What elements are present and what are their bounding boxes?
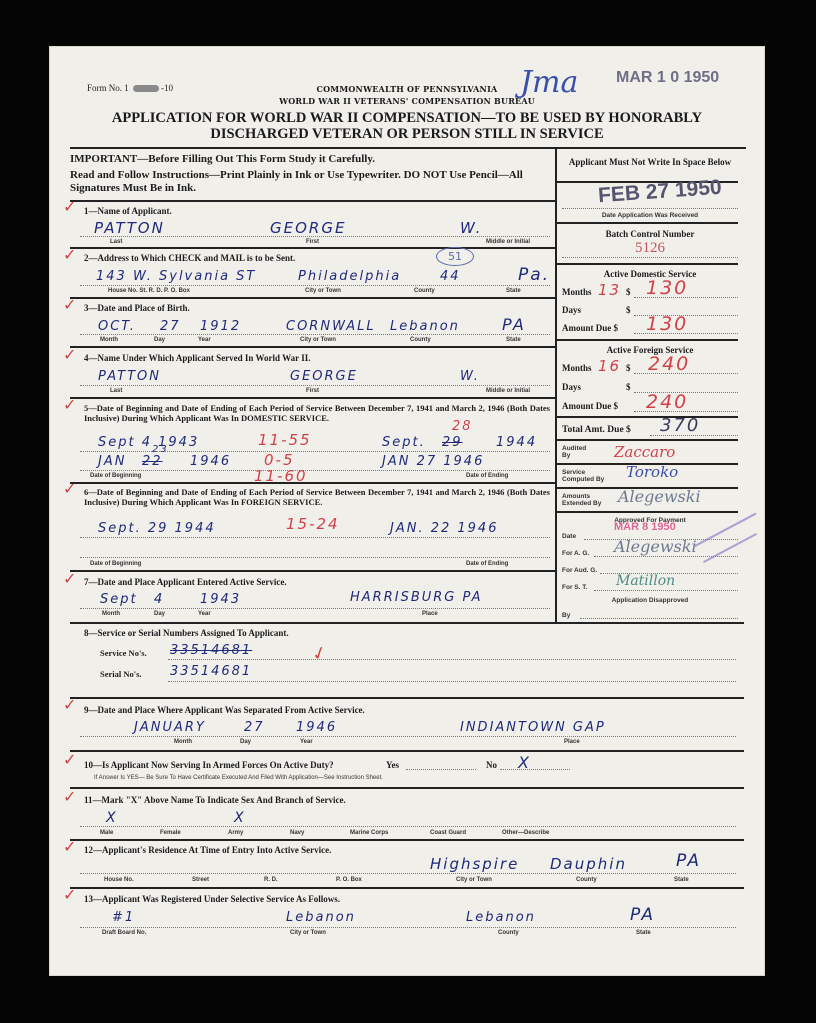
checkmark-icon: ✓ — [63, 345, 76, 364]
birth-day[interactable]: 27 — [160, 319, 181, 334]
rule — [70, 839, 744, 841]
caption: Date of Beginning — [90, 561, 141, 567]
section-7-label: 7—Date and Place Applicant Entered Activ… — [84, 577, 287, 587]
residence-state[interactable]: PA — [676, 851, 701, 871]
rule — [70, 697, 744, 699]
audited-by-label: Audited By — [562, 445, 596, 459]
bureau-heading: WORLD WAR II VETERANS' COMPENSATION BURE… — [50, 96, 764, 106]
service-number-label: Service No's. — [100, 648, 147, 658]
line — [634, 411, 738, 412]
extended-by-signature: Alegewski — [618, 487, 701, 506]
line — [562, 208, 738, 209]
section-13-label: 13—Applicant Was Registered Under Select… — [84, 894, 340, 904]
rule — [557, 439, 738, 441]
line — [80, 285, 550, 286]
rule — [557, 263, 738, 265]
foreign-end[interactable]: JAN. 22 1946 — [390, 521, 498, 536]
checkmark-icon: ✓ — [63, 245, 76, 264]
caption: Year — [300, 739, 313, 745]
checkmark-icon: ✓ — [309, 641, 332, 666]
draft-board-number[interactable]: #1 — [112, 910, 135, 925]
line — [80, 385, 550, 386]
instructions-important: IMPORTANT—Before Filling Out This Form S… — [70, 153, 550, 166]
line — [80, 451, 550, 452]
birth-city[interactable]: CORNWALL — [286, 319, 376, 334]
form-title-line2: DISCHARGED VETERAN OR PERSON STILL IN SE… — [50, 126, 764, 142]
computed-by-label: Service Computed By — [562, 469, 612, 483]
caption: Month — [100, 337, 118, 343]
received-date-label: Date Application Was Received — [560, 212, 740, 219]
approved-date-stamp: MAR 8 1950 — [614, 521, 676, 533]
header-rule — [70, 147, 746, 149]
rule — [70, 247, 555, 249]
domestic-months-amount: 130 — [646, 277, 688, 299]
application-form: Form No. 1 -10 COMMONWEALTH OF PENNSYLVA… — [50, 47, 764, 975]
rule — [557, 416, 738, 418]
line — [80, 826, 736, 827]
computed-by-signature: Toroko — [626, 463, 678, 481]
birth-month[interactable]: OCT. — [98, 319, 136, 334]
caption: Year — [198, 337, 211, 343]
initials-signature: Jma — [520, 65, 578, 100]
checkmark-icon: ✓ — [63, 787, 76, 806]
caption: Date of Ending — [466, 561, 508, 567]
received-stamp-top: MAR 1 0 1950 — [616, 69, 719, 87]
line — [562, 257, 738, 258]
caption: Last — [110, 388, 122, 394]
caption: City or Town — [456, 877, 492, 883]
domestic-end-month-1[interactable]: Sept. — [382, 435, 426, 450]
separated-place[interactable]: INDIANTOWN GAP — [460, 720, 606, 735]
caption: Place — [564, 739, 580, 745]
option-label: Male — [100, 830, 113, 836]
domestic-end-day-struck-1: 29 — [442, 435, 463, 450]
dollar-sign: $ — [626, 363, 631, 373]
foreign-days-label: Days — [562, 382, 581, 392]
yes-label: Yes — [386, 760, 399, 770]
caption: Month — [174, 739, 192, 745]
caption: Last — [110, 239, 122, 245]
caption: City or Town — [290, 930, 326, 936]
foreign-months-amount: 240 — [648, 353, 690, 375]
domestic-end-year-1[interactable]: 1944 — [496, 435, 537, 450]
rule — [70, 397, 555, 399]
section-1-label: 1—Name of Applicant. — [84, 206, 172, 216]
line — [634, 297, 738, 298]
separated-day[interactable]: 27 — [244, 720, 265, 735]
separated-year[interactable]: 1946 — [296, 720, 337, 735]
option-label: Female — [160, 830, 181, 836]
line — [80, 557, 550, 558]
instructions-ink: Read and Follow Instructions—Print Plain… — [70, 169, 550, 195]
checkmark-icon: ✓ — [63, 569, 76, 588]
extended-by-label: Amounts Extended By — [562, 493, 610, 507]
line — [634, 373, 738, 374]
caption: Year — [198, 611, 211, 617]
section-4-label: 4—Name Under Which Applicant Served In W… — [84, 353, 310, 363]
served-middle-initial[interactable]: W. — [460, 369, 480, 384]
domestic-days-label: Days — [562, 305, 581, 315]
section-10-note: If Answer Is YES— Be Sure To Have Certif… — [94, 775, 383, 781]
rule — [70, 482, 555, 484]
mailing-state[interactable]: Pa. — [518, 265, 550, 285]
caption: State — [636, 930, 651, 936]
dollar-sign: $ — [626, 287, 631, 297]
mailing-city[interactable]: Philadelphia — [298, 269, 401, 284]
aud-g-label: For Aud. G. — [562, 567, 597, 574]
service-number-struck: 33514681 — [170, 643, 252, 658]
rule — [557, 222, 738, 224]
batch-control-label: Batch Control Number — [560, 229, 740, 239]
caption: R. D. — [264, 877, 278, 883]
domestic-end-2[interactable]: JAN 27 1946 — [382, 454, 484, 469]
checkmark-icon: ✓ — [63, 395, 76, 414]
yes-answer-line[interactable] — [406, 769, 476, 770]
rule — [70, 346, 555, 348]
rule — [557, 511, 738, 513]
caption: P. O. Box — [336, 877, 362, 883]
option-mark[interactable]: X — [106, 810, 118, 826]
caption: County — [498, 930, 519, 936]
ag-label: For A. G. — [562, 550, 589, 557]
disapproved-by-label: By — [562, 612, 570, 619]
serial-number-label: Serial No's. — [100, 669, 142, 679]
line — [580, 618, 738, 619]
checkmark-icon: ✓ — [63, 695, 76, 714]
line — [650, 435, 738, 436]
office-use-heading: Applicant Must Not Write In Space Below — [560, 157, 740, 167]
applicant-last-name[interactable]: PATTON — [94, 219, 165, 237]
audited-by-signature: Zaccaro — [614, 443, 675, 461]
option-label: Other—Describe — [502, 830, 549, 836]
foreign-months-label: Months — [562, 363, 592, 373]
birth-year[interactable]: 1912 — [200, 319, 241, 334]
section-3-label: 3—Date and Place of Birth. — [84, 303, 190, 313]
caption: Middle or Initial — [486, 239, 530, 245]
rule — [70, 787, 744, 789]
applicant-first-name[interactable]: GEORGE — [270, 219, 346, 237]
line — [80, 873, 736, 874]
caption: City or Town — [300, 337, 336, 343]
line — [80, 537, 550, 538]
caption: Street — [192, 877, 209, 883]
line — [80, 334, 550, 335]
checkmark-icon: ✓ — [63, 750, 76, 769]
birth-state[interactable]: PA — [502, 315, 526, 334]
domestic-calc-1: 11-55 — [258, 431, 312, 449]
caption: Draft Board No. — [102, 930, 146, 936]
st-label: For S. T. — [562, 584, 587, 591]
domestic-begin-1[interactable]: Sept 4 1943 — [98, 435, 199, 450]
domestic-begin-day-2: 23 — [152, 444, 169, 455]
entered-day[interactable]: 4 — [154, 592, 164, 607]
st-signature: Matillon — [616, 573, 675, 589]
caption: City or Town — [305, 288, 341, 294]
domestic-begin-day-struck-2: 22 — [142, 454, 163, 469]
section-6-label: 6—Date of Beginning and Date of Ending o… — [84, 487, 550, 507]
form-title-line1: APPLICATION FOR WORLD WAR II COMPENSATIO… — [50, 110, 764, 126]
section-9-label: 9—Date and Place Where Applicant Was Sep… — [84, 705, 365, 715]
foreign-amount-due: 240 — [646, 391, 688, 413]
caption: State — [674, 877, 689, 883]
checkmark-icon: ✓ — [63, 837, 76, 856]
mailing-street[interactable]: 143 W. Sylvania ST — [96, 269, 256, 284]
caption: Place — [422, 611, 438, 617]
caption: First — [306, 239, 319, 245]
domestic-amount-label: Amount Due $ — [562, 323, 618, 333]
foreign-calc: 15-24 — [286, 515, 340, 533]
line — [80, 608, 550, 609]
caption: Month — [102, 611, 120, 617]
foreign-amount-label: Amount Due $ — [562, 401, 618, 411]
rule — [70, 887, 744, 889]
dollar-sign: $ — [626, 305, 631, 315]
section-12-label: 12—Applicant's Residence At Time of Entr… — [84, 845, 331, 855]
entered-place[interactable]: HARRISBURG PA — [350, 590, 483, 605]
option-label: Coast Guard — [430, 830, 466, 836]
line — [80, 236, 550, 237]
served-first-name[interactable]: GEORGE — [290, 369, 358, 384]
section-11-label: 11—Mark "X" Above Name To Indicate Sex A… — [84, 795, 346, 805]
line — [634, 333, 738, 334]
rule — [70, 750, 744, 752]
section-2-label: 2—Address to Which CHECK and MAIL is to … — [84, 253, 295, 263]
total-amount-label: Total Amt. Due $ — [562, 425, 631, 435]
checkmark-icon: ✓ — [63, 295, 76, 314]
foreign-months-value: 16 — [598, 357, 621, 375]
option-label: Marine Corps — [350, 830, 388, 836]
line — [168, 659, 736, 660]
dollar-sign: $ — [626, 382, 631, 392]
caption: House No. St. R. D. P. O. Box — [108, 288, 190, 294]
caption: State — [506, 288, 521, 294]
serial-number[interactable]: 33514681 — [170, 664, 252, 679]
residence-county[interactable]: Dauphin — [550, 855, 627, 873]
domestic-amount-due: 130 — [646, 313, 688, 335]
draft-board-county[interactable]: Lebanon — [466, 910, 536, 925]
line — [80, 470, 550, 471]
draft-board-city[interactable]: Lebanon — [286, 910, 356, 925]
section-10-label: 10—Is Applicant Now Serving In Armed For… — [84, 760, 334, 770]
ag-signature: Alegewski — [614, 537, 697, 556]
office-column-divider — [555, 147, 557, 623]
draft-board-state[interactable]: PA — [630, 905, 655, 925]
caption: Day — [240, 739, 251, 745]
caption: State — [506, 337, 521, 343]
rule — [70, 622, 744, 624]
option-mark[interactable]: X — [234, 810, 246, 826]
circled-zone-number: 51 — [436, 247, 474, 266]
rule — [70, 570, 555, 572]
line — [594, 590, 738, 591]
caption: Date of Ending — [466, 473, 508, 479]
checkmark-icon: ✓ — [63, 479, 76, 498]
section-8-label: 8—Service or Serial Numbers Assigned To … — [84, 628, 289, 638]
no-label: No — [486, 760, 497, 770]
rule — [70, 200, 555, 202]
no-answer-line — [500, 769, 570, 770]
mailing-county[interactable]: 44 — [440, 269, 461, 284]
caption: Day — [154, 611, 165, 617]
domestic-months-label: Months — [562, 287, 592, 297]
checkmark-icon: ✓ — [63, 885, 76, 904]
total-amount-due: 370 — [660, 415, 700, 436]
caption: Day — [154, 337, 165, 343]
domestic-begin-year-2[interactable]: 1946 — [190, 454, 231, 469]
caption: County — [410, 337, 431, 343]
caption: First — [306, 388, 319, 394]
applicant-middle-initial[interactable]: W. — [460, 219, 482, 237]
line — [80, 736, 736, 737]
entered-year[interactable]: 1943 — [200, 592, 241, 607]
option-label: Navy — [290, 830, 304, 836]
caption: County — [576, 877, 597, 883]
foreign-begin[interactable]: Sept. 29 1944 — [98, 521, 216, 536]
served-last-name[interactable]: PATTON — [98, 369, 161, 384]
domestic-begin-month-2[interactable]: JAN — [98, 454, 126, 469]
caption: County — [414, 288, 435, 294]
caption: Middle or Initial — [486, 388, 530, 394]
domestic-end-day-1: 28 — [452, 419, 473, 434]
separated-month[interactable]: JANUARY — [134, 720, 206, 735]
domestic-months-value: 13 — [598, 281, 621, 299]
birth-county[interactable]: Lebanon — [390, 319, 460, 334]
caption: House No. — [104, 877, 134, 883]
rule — [70, 297, 555, 299]
rule — [557, 339, 738, 341]
disapproved-label: Application Disapproved — [560, 597, 740, 604]
option-label: Army — [228, 830, 243, 836]
approved-date-label: Date — [562, 533, 576, 540]
checkmark-icon: ✓ — [63, 197, 76, 216]
batch-control-number: 5126 — [560, 240, 740, 257]
entered-month[interactable]: Sept — [100, 592, 138, 607]
residence-city[interactable]: Highspire — [430, 855, 519, 873]
caption: Date of Beginning — [90, 473, 141, 479]
line — [168, 681, 736, 682]
line — [80, 927, 736, 928]
section-5-label: 5—Date of Beginning and Date of Ending o… — [84, 403, 550, 423]
